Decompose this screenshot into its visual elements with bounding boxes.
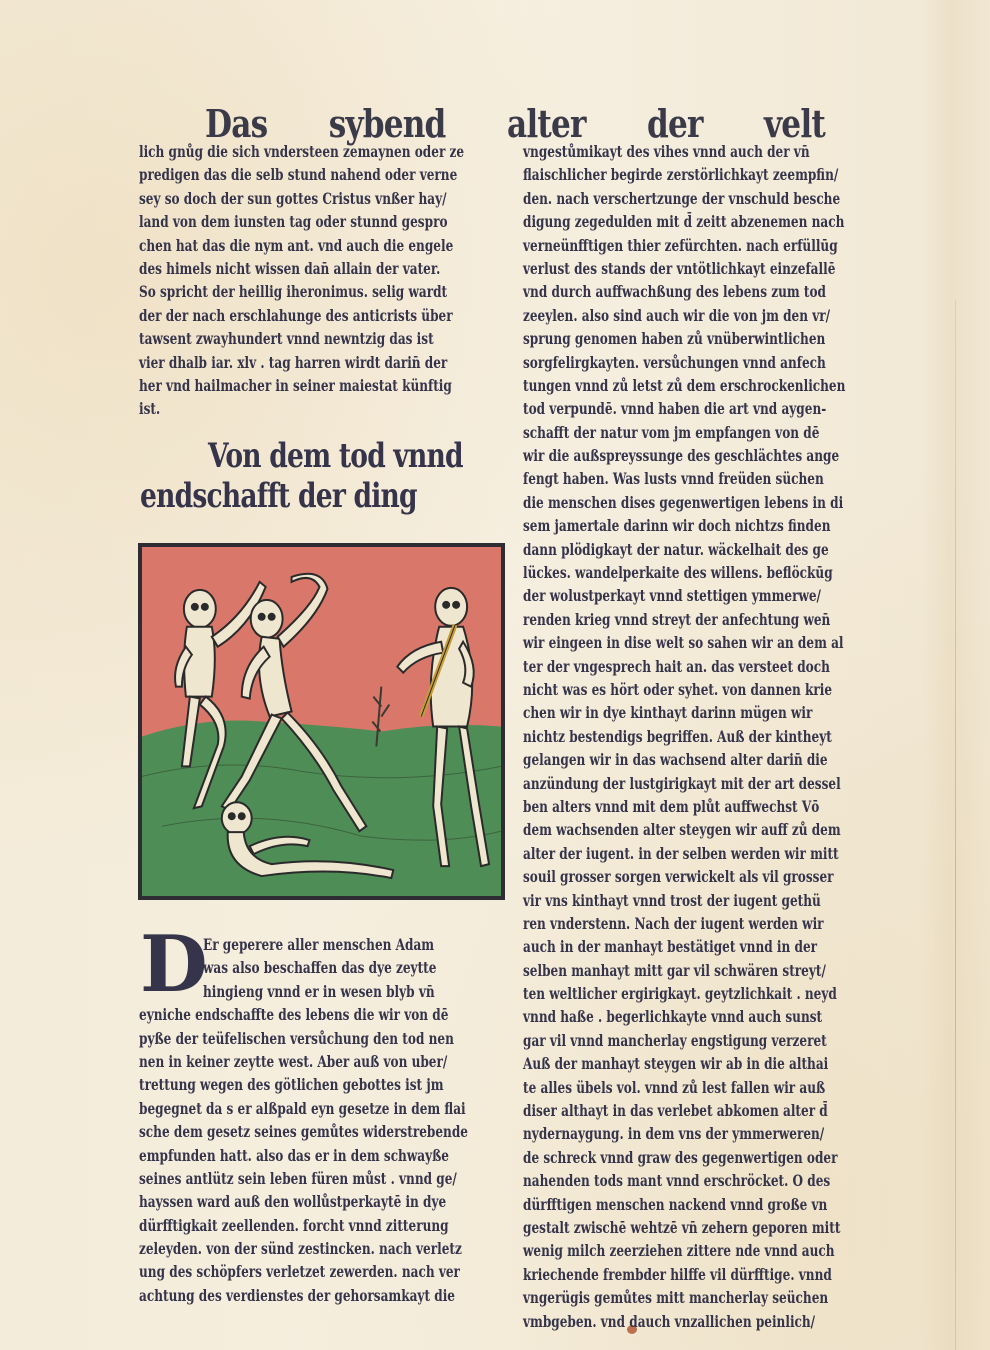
text-line-content: sey so doch der sun gottes Cristus vnßer… bbox=[139, 187, 447, 210]
text-line-content: selben manhayt mitt gar vil schwären str… bbox=[523, 959, 826, 982]
text-line-content: gelangen wir in das wachsend alter darin… bbox=[523, 748, 828, 771]
text-line: selben manhayt mitt gar vil schwären str… bbox=[523, 959, 903, 982]
text-line-content: gestalt zwischē wehtzē vn̄ zehern gepore… bbox=[523, 1216, 840, 1239]
text-line: souil grosser sorgen verwickelt als vil … bbox=[523, 865, 903, 888]
text-line-content: pyße der teüfelischen versůchung den tod… bbox=[139, 1027, 454, 1050]
text-line: diser althayt in das verlebet abkomen al… bbox=[523, 1099, 903, 1122]
text-line: hingieng vnnd er in wesen blyb vn̄ bbox=[139, 980, 511, 1003]
text-line-content: auch in der manhayt bestätiget vnnd in d… bbox=[523, 935, 817, 958]
text-line: dann plödigkayt der natur. wäckelhait de… bbox=[523, 538, 903, 561]
text-line: pyße der teüfelischen versůchung den tod… bbox=[139, 1027, 511, 1050]
text-line-content: kriechende frembder hilffe vil dürfftige… bbox=[523, 1263, 832, 1286]
text-line-content: dürfftigen menschen nackend vnnd große v… bbox=[523, 1193, 827, 1216]
text-line: ter der vngesprech hait an. das versteet… bbox=[523, 655, 903, 678]
text-line-content: verlust des stands der vntötlichkayt ein… bbox=[523, 257, 835, 280]
text-line-content: empfunden hatt. also das er in dem schwa… bbox=[139, 1144, 449, 1167]
text-line: verneünfftigen thier zefürchten. nach er… bbox=[523, 234, 903, 257]
text-line: auch in der manhayt bestätiget vnnd in d… bbox=[523, 935, 903, 958]
text-line: tungen vnnd zů letst zů dem erschrockenl… bbox=[523, 374, 903, 397]
text-line-content: ung des schöpfers verletzet zewerden. na… bbox=[139, 1260, 460, 1283]
text-line: vngestůmikayt des vihes vnnd auch der vn… bbox=[523, 140, 903, 163]
chapter-heading: Von dem tod vnnd endschafft der ding bbox=[140, 436, 520, 516]
text-line-content: de schreck vnnd graw des gegenwertigen o… bbox=[523, 1146, 837, 1169]
text-line: vnnd haße . begerlichkayte vnnd auch sun… bbox=[523, 1005, 903, 1028]
text-line-content: dürfftigkait zeellenden. forcht vnnd zit… bbox=[139, 1214, 449, 1237]
text-line: nydernaygung. in dem vns der ymmerweren/ bbox=[523, 1122, 903, 1145]
text-line: eyniche endschaffte des lebens die wir v… bbox=[139, 1003, 511, 1026]
text-line-content: nicht was es hört oder syhet. von dannen… bbox=[523, 678, 832, 701]
text-line-content: wenig milch zeerziehen zittere nde vnnd … bbox=[523, 1239, 835, 1262]
text-line: zeleyden. von der sünd zestincken. nach … bbox=[139, 1237, 511, 1260]
text-line-content: der der nach erschlahunge des anticrists… bbox=[139, 304, 453, 327]
text-line-content: vir vns kinthayt vnnd trost der iugent g… bbox=[523, 889, 821, 912]
text-line-content: anzündung der lustgirigkayt mit der art … bbox=[523, 772, 841, 795]
text-line: achtung des verdienstes der gehorsamkayt… bbox=[139, 1284, 511, 1307]
text-line-content: Auß der manhayt steygen wir ab in die al… bbox=[523, 1052, 828, 1075]
text-line-content: wir die außspreyssunge des geschlächtes … bbox=[523, 444, 839, 467]
running-head-word: der bbox=[647, 104, 703, 144]
text-line-content: land von dem iunsten tag oder stunnd ges… bbox=[139, 210, 448, 233]
left-column-lower-text: Er geperere aller menschen Adamwas also … bbox=[139, 933, 511, 1307]
text-line: vmbgeben. vnd dauch vnzallichen peinlich… bbox=[523, 1310, 903, 1333]
text-line: her vnd hailmacher in seiner maiestat kü… bbox=[139, 374, 511, 397]
text-line: den. nach verschertzunge der vnschuld be… bbox=[523, 187, 903, 210]
text-line-content: ist. bbox=[139, 397, 160, 420]
running-head-word: velt bbox=[764, 104, 825, 144]
text-line: lückes. wandelperkaite des willens. befl… bbox=[523, 561, 903, 584]
text-line: trettung wegen des götlichen gebottes is… bbox=[139, 1073, 511, 1096]
text-line: tod verpundē. vnnd haben die art vnd ayg… bbox=[523, 397, 903, 420]
text-line-content: was also beschaffen das dye zeytte bbox=[203, 956, 436, 979]
text-line-content: des himels nicht wissen dan̄ allain der … bbox=[139, 257, 440, 280]
text-line-content: nichtz bestendigs begriffen. Auß der kin… bbox=[523, 725, 832, 748]
text-line: sorgfelirgkayten. versůchungen vnnd anfe… bbox=[523, 351, 903, 374]
running-head: Das sybend alter der velt bbox=[205, 96, 825, 144]
text-line: renden krieg vnnd streyt der anfechtung … bbox=[523, 608, 903, 631]
text-line: zeeylen. also sind auch wir die von jm d… bbox=[523, 304, 903, 327]
text-line: schafft der natur vom jm empfangen von d… bbox=[523, 421, 903, 444]
text-line: vier dhalb iar. xlv . tag harren wirdt d… bbox=[139, 351, 511, 374]
text-line: vngerügis gemůtes mitt mancherlay seüche… bbox=[523, 1286, 903, 1309]
text-line-content: vnnd haße . begerlichkayte vnnd auch sun… bbox=[523, 1005, 822, 1028]
text-line: dürfftigkait zeellenden. forcht vnnd zit… bbox=[139, 1214, 511, 1237]
right-column-text: vngestůmikayt des vihes vnnd auch der vn… bbox=[523, 140, 903, 1333]
text-line-content: nen in keiner zeytte west. Aber auß von … bbox=[139, 1050, 447, 1073]
text-line: ten weltlicher ergirigkayt. geytzlichkai… bbox=[523, 982, 903, 1005]
text-line: hayssen ward auß den wollůstperkaytē in … bbox=[139, 1190, 511, 1213]
text-line: So spricht der heillig iheronimus. selig… bbox=[139, 280, 511, 303]
text-line: verlust des stands der vntötlichkayt ein… bbox=[523, 257, 903, 280]
text-line-content: der wolustperkayt vnnd stettigen ymmerwe… bbox=[523, 584, 821, 607]
text-line: digung zegedulden mit d̄ zeitt abzenemen… bbox=[523, 210, 903, 233]
text-line: gar vil vnnd mancherlay engstigung verze… bbox=[523, 1029, 903, 1052]
text-line: alter der iugent. in der selben werden w… bbox=[523, 842, 903, 865]
text-line: ren vnderstenn. Nach der iugent werden w… bbox=[523, 912, 903, 935]
text-line-content: lückes. wandelperkaite des willens. befl… bbox=[523, 561, 833, 584]
text-line: sem jamertale darinn wir doch nichtzs fi… bbox=[523, 514, 903, 537]
text-line-content: ter der vngesprech hait an. das versteet… bbox=[523, 655, 830, 678]
text-line-content: predigen das die selb stund nahend oder … bbox=[139, 163, 457, 186]
text-line: vir vns kinthayt vnnd trost der iugent g… bbox=[523, 889, 903, 912]
text-line-content: souil grosser sorgen verwickelt als vil … bbox=[523, 865, 834, 888]
text-line: gestalt zwischē wehtzē vn̄ zehern gepore… bbox=[523, 1216, 903, 1239]
text-line-content: zeeylen. also sind auch wir die von jm d… bbox=[523, 304, 830, 327]
text-line-content: vier dhalb iar. xlv . tag harren wirdt d… bbox=[139, 351, 447, 374]
text-line-content: renden krieg vnnd streyt der anfechtung … bbox=[523, 608, 830, 631]
text-line: fengt haben. Was lusts vnnd freüden süch… bbox=[523, 467, 903, 490]
text-line: der der nach erschlahunge des anticrists… bbox=[139, 304, 511, 327]
text-line-content: chen hat das die nym ant. vnd auch die e… bbox=[139, 234, 453, 257]
text-line-content: lich gnůg die sich vndersteen zemaynen o… bbox=[139, 140, 464, 163]
text-line-content: die menschen dises gegenwertigen lebens … bbox=[523, 491, 843, 514]
text-line-content: te alles übels vol. vnnd zů lest fallen … bbox=[523, 1076, 825, 1099]
text-line-content: vngerügis gemůtes mitt mancherlay seüche… bbox=[523, 1286, 828, 1309]
text-line: vnd durch auffwachßung des lebens zum to… bbox=[523, 280, 903, 303]
text-line: ben alters vnnd mit dem plůt auffwechst … bbox=[523, 795, 903, 818]
text-line-content: fengt haben. Was lusts vnnd freüden süch… bbox=[523, 467, 824, 490]
dance-of-death-woodcut bbox=[138, 543, 505, 900]
text-line: predigen das die selb stund nahend oder … bbox=[139, 163, 511, 186]
text-line-content: vngestůmikayt des vihes vnnd auch der vn… bbox=[523, 140, 810, 163]
text-line: die menschen dises gegenwertigen lebens … bbox=[523, 491, 903, 514]
text-line-content: nahenden tods mant vnnd erschröcket. O d… bbox=[523, 1169, 830, 1192]
text-line-content: flaischlicher begirde zerstörlichkayt ze… bbox=[523, 163, 838, 186]
text-line: tawsent zwayhundert vnnd newntzig das is… bbox=[139, 327, 511, 350]
text-line: begegnet da s er alßpald eyn gesetze in … bbox=[139, 1097, 511, 1120]
text-line: nicht was es hört oder syhet. von dannen… bbox=[523, 678, 903, 701]
text-line: lich gnůg die sich vndersteen zemaynen o… bbox=[139, 140, 511, 163]
text-line: te alles übels vol. vnnd zů lest fallen … bbox=[523, 1076, 903, 1099]
text-line-content: ren vnderstenn. Nach der iugent werden w… bbox=[523, 912, 824, 935]
text-line-content: verneünfftigen thier zefürchten. nach er… bbox=[523, 234, 838, 257]
text-line: kriechende frembder hilffe vil dürfftige… bbox=[523, 1263, 903, 1286]
text-line-content: ben alters vnnd mit dem plůt auffwechst … bbox=[523, 795, 819, 818]
running-head-word: sybend bbox=[329, 104, 446, 144]
text-line-content: sprung genomen haben zů vnüberwintlichen bbox=[523, 327, 825, 350]
text-line-content: den. nach verschertzunge der vnschuld be… bbox=[523, 187, 840, 210]
text-line: wenig milch zeerziehen zittere nde vnnd … bbox=[523, 1239, 903, 1262]
text-line: empfunden hatt. also das er in dem schwa… bbox=[139, 1144, 511, 1167]
text-line: flaischlicher begirde zerstörlichkayt ze… bbox=[523, 163, 903, 186]
text-line: des himels nicht wissen dan̄ allain der … bbox=[139, 257, 511, 280]
text-line-content: begegnet da s er alßpald eyn gesetze in … bbox=[139, 1097, 466, 1120]
text-line: anzündung der lustgirigkayt mit der art … bbox=[523, 772, 903, 795]
text-line-content: So spricht der heillig iheronimus. selig… bbox=[139, 280, 447, 303]
text-line: nahenden tods mant vnnd erschröcket. O d… bbox=[523, 1169, 903, 1192]
text-line: sprung genomen haben zů vnüberwintlichen bbox=[523, 327, 903, 350]
text-line: wir eingeen in dise welt so sahen wir an… bbox=[523, 631, 903, 654]
text-line-content: her vnd hailmacher in seiner maiestat kü… bbox=[139, 374, 452, 397]
text-line-content: chen wir in dye kinthayt darinn mügen wi… bbox=[523, 701, 812, 724]
text-line-content: eyniche endschaffte des lebens die wir v… bbox=[139, 1003, 448, 1026]
text-line: nichtz bestendigs begriffen. Auß der kin… bbox=[523, 725, 903, 748]
left-column-upper-text: lich gnůg die sich vndersteen zemaynen o… bbox=[139, 140, 511, 421]
text-line: de schreck vnnd graw des gegenwertigen o… bbox=[523, 1146, 903, 1169]
text-line-content: dann plödigkayt der natur. wäckelhait de… bbox=[523, 538, 829, 561]
text-line: ist. bbox=[139, 397, 511, 420]
text-line: chen hat das die nym ant. vnd auch die e… bbox=[139, 234, 511, 257]
text-line: ung des schöpfers verletzet zewerden. na… bbox=[139, 1260, 511, 1283]
text-line: gelangen wir in das wachsend alter darin… bbox=[523, 748, 903, 771]
text-line: nen in keiner zeytte west. Aber auß von … bbox=[139, 1050, 511, 1073]
text-line: seines antlütz sein leben füren můst . v… bbox=[139, 1167, 511, 1190]
running-head-word: Das bbox=[205, 104, 267, 144]
text-line: sche dem gesetz seines gemůtes widerstre… bbox=[139, 1120, 511, 1143]
text-line: was also beschaffen das dye zeytte bbox=[139, 956, 511, 979]
page-fold-line bbox=[955, 300, 956, 1350]
text-line-content: digung zegedulden mit d̄ zeitt abzenemen… bbox=[523, 210, 844, 233]
text-line-content: trettung wegen des götlichen gebottes is… bbox=[139, 1073, 444, 1096]
running-head-word: alter bbox=[507, 104, 586, 144]
text-line-content: vmbgeben. vnd dauch vnzallichen peinlich… bbox=[523, 1310, 815, 1333]
text-line: wir die außspreyssunge des geschlächtes … bbox=[523, 444, 903, 467]
text-line: Er geperere aller menschen Adam bbox=[139, 933, 511, 956]
text-line: land von dem iunsten tag oder stunnd ges… bbox=[139, 210, 511, 233]
text-line: sey so doch der sun gottes Cristus vnßer… bbox=[139, 187, 511, 210]
text-line-content: schafft der natur vom jm empfangen von d… bbox=[523, 421, 819, 444]
text-line: chen wir in dye kinthayt darinn mügen wi… bbox=[523, 701, 903, 724]
text-line: der wolustperkayt vnnd stettigen ymmerwe… bbox=[523, 584, 903, 607]
text-line-content: hayssen ward auß den wollůstperkaytē in … bbox=[139, 1190, 446, 1213]
woodcut-image bbox=[142, 547, 501, 896]
text-line-content: sorgfelirgkayten. versůchungen vnnd anfe… bbox=[523, 351, 826, 374]
text-line-content: seines antlütz sein leben füren můst . v… bbox=[139, 1167, 457, 1190]
text-line-content: hingieng vnnd er in wesen blyb vn̄ bbox=[203, 980, 435, 1003]
text-line-content: ten weltlicher ergirigkayt. geytzlichkai… bbox=[523, 982, 837, 1005]
chapter-heading-line-2: endschafft der ding bbox=[140, 476, 417, 516]
text-line-content: vnd durch auffwachßung des lebens zum to… bbox=[523, 280, 826, 303]
text-line-content: Er geperere aller menschen Adam bbox=[203, 933, 434, 956]
text-line-content: alter der iugent. in der selben werden w… bbox=[523, 842, 839, 865]
text-line-content: sche dem gesetz seines gemůtes widerstre… bbox=[139, 1120, 468, 1143]
text-line-content: gar vil vnnd mancherlay engstigung verze… bbox=[523, 1029, 827, 1052]
text-line: dürfftigen menschen nackend vnnd große v… bbox=[523, 1193, 903, 1216]
text-line-content: tawsent zwayhundert vnnd newntzig das is… bbox=[139, 327, 434, 350]
text-line-content: dem wachsenden alter steygen wir auff zů… bbox=[523, 818, 841, 841]
text-line-content: tod verpundē. vnnd haben die art vnd ayg… bbox=[523, 397, 826, 420]
text-line-content: wir eingeen in dise welt so sahen wir an… bbox=[523, 631, 844, 654]
text-line-content: diser althayt in das verlebet abkomen al… bbox=[523, 1099, 828, 1122]
chapter-heading-line-1: Von dem tod vnnd bbox=[208, 436, 463, 476]
text-line: dem wachsenden alter steygen wir auff zů… bbox=[523, 818, 903, 841]
text-line-content: achtung des verdienstes der gehorsamkayt… bbox=[139, 1284, 455, 1307]
text-line-content: zeleyden. von der sünd zestincken. nach … bbox=[139, 1237, 462, 1260]
text-line-content: sem jamertale darinn wir doch nichtzs fi… bbox=[523, 514, 830, 537]
text-line-content: tungen vnnd zů letst zů dem erschrockenl… bbox=[523, 374, 845, 397]
text-line: Auß der manhayt steygen wir ab in die al… bbox=[523, 1052, 903, 1075]
text-line-content: nydernaygung. in dem vns der ymmerweren/ bbox=[523, 1122, 824, 1145]
